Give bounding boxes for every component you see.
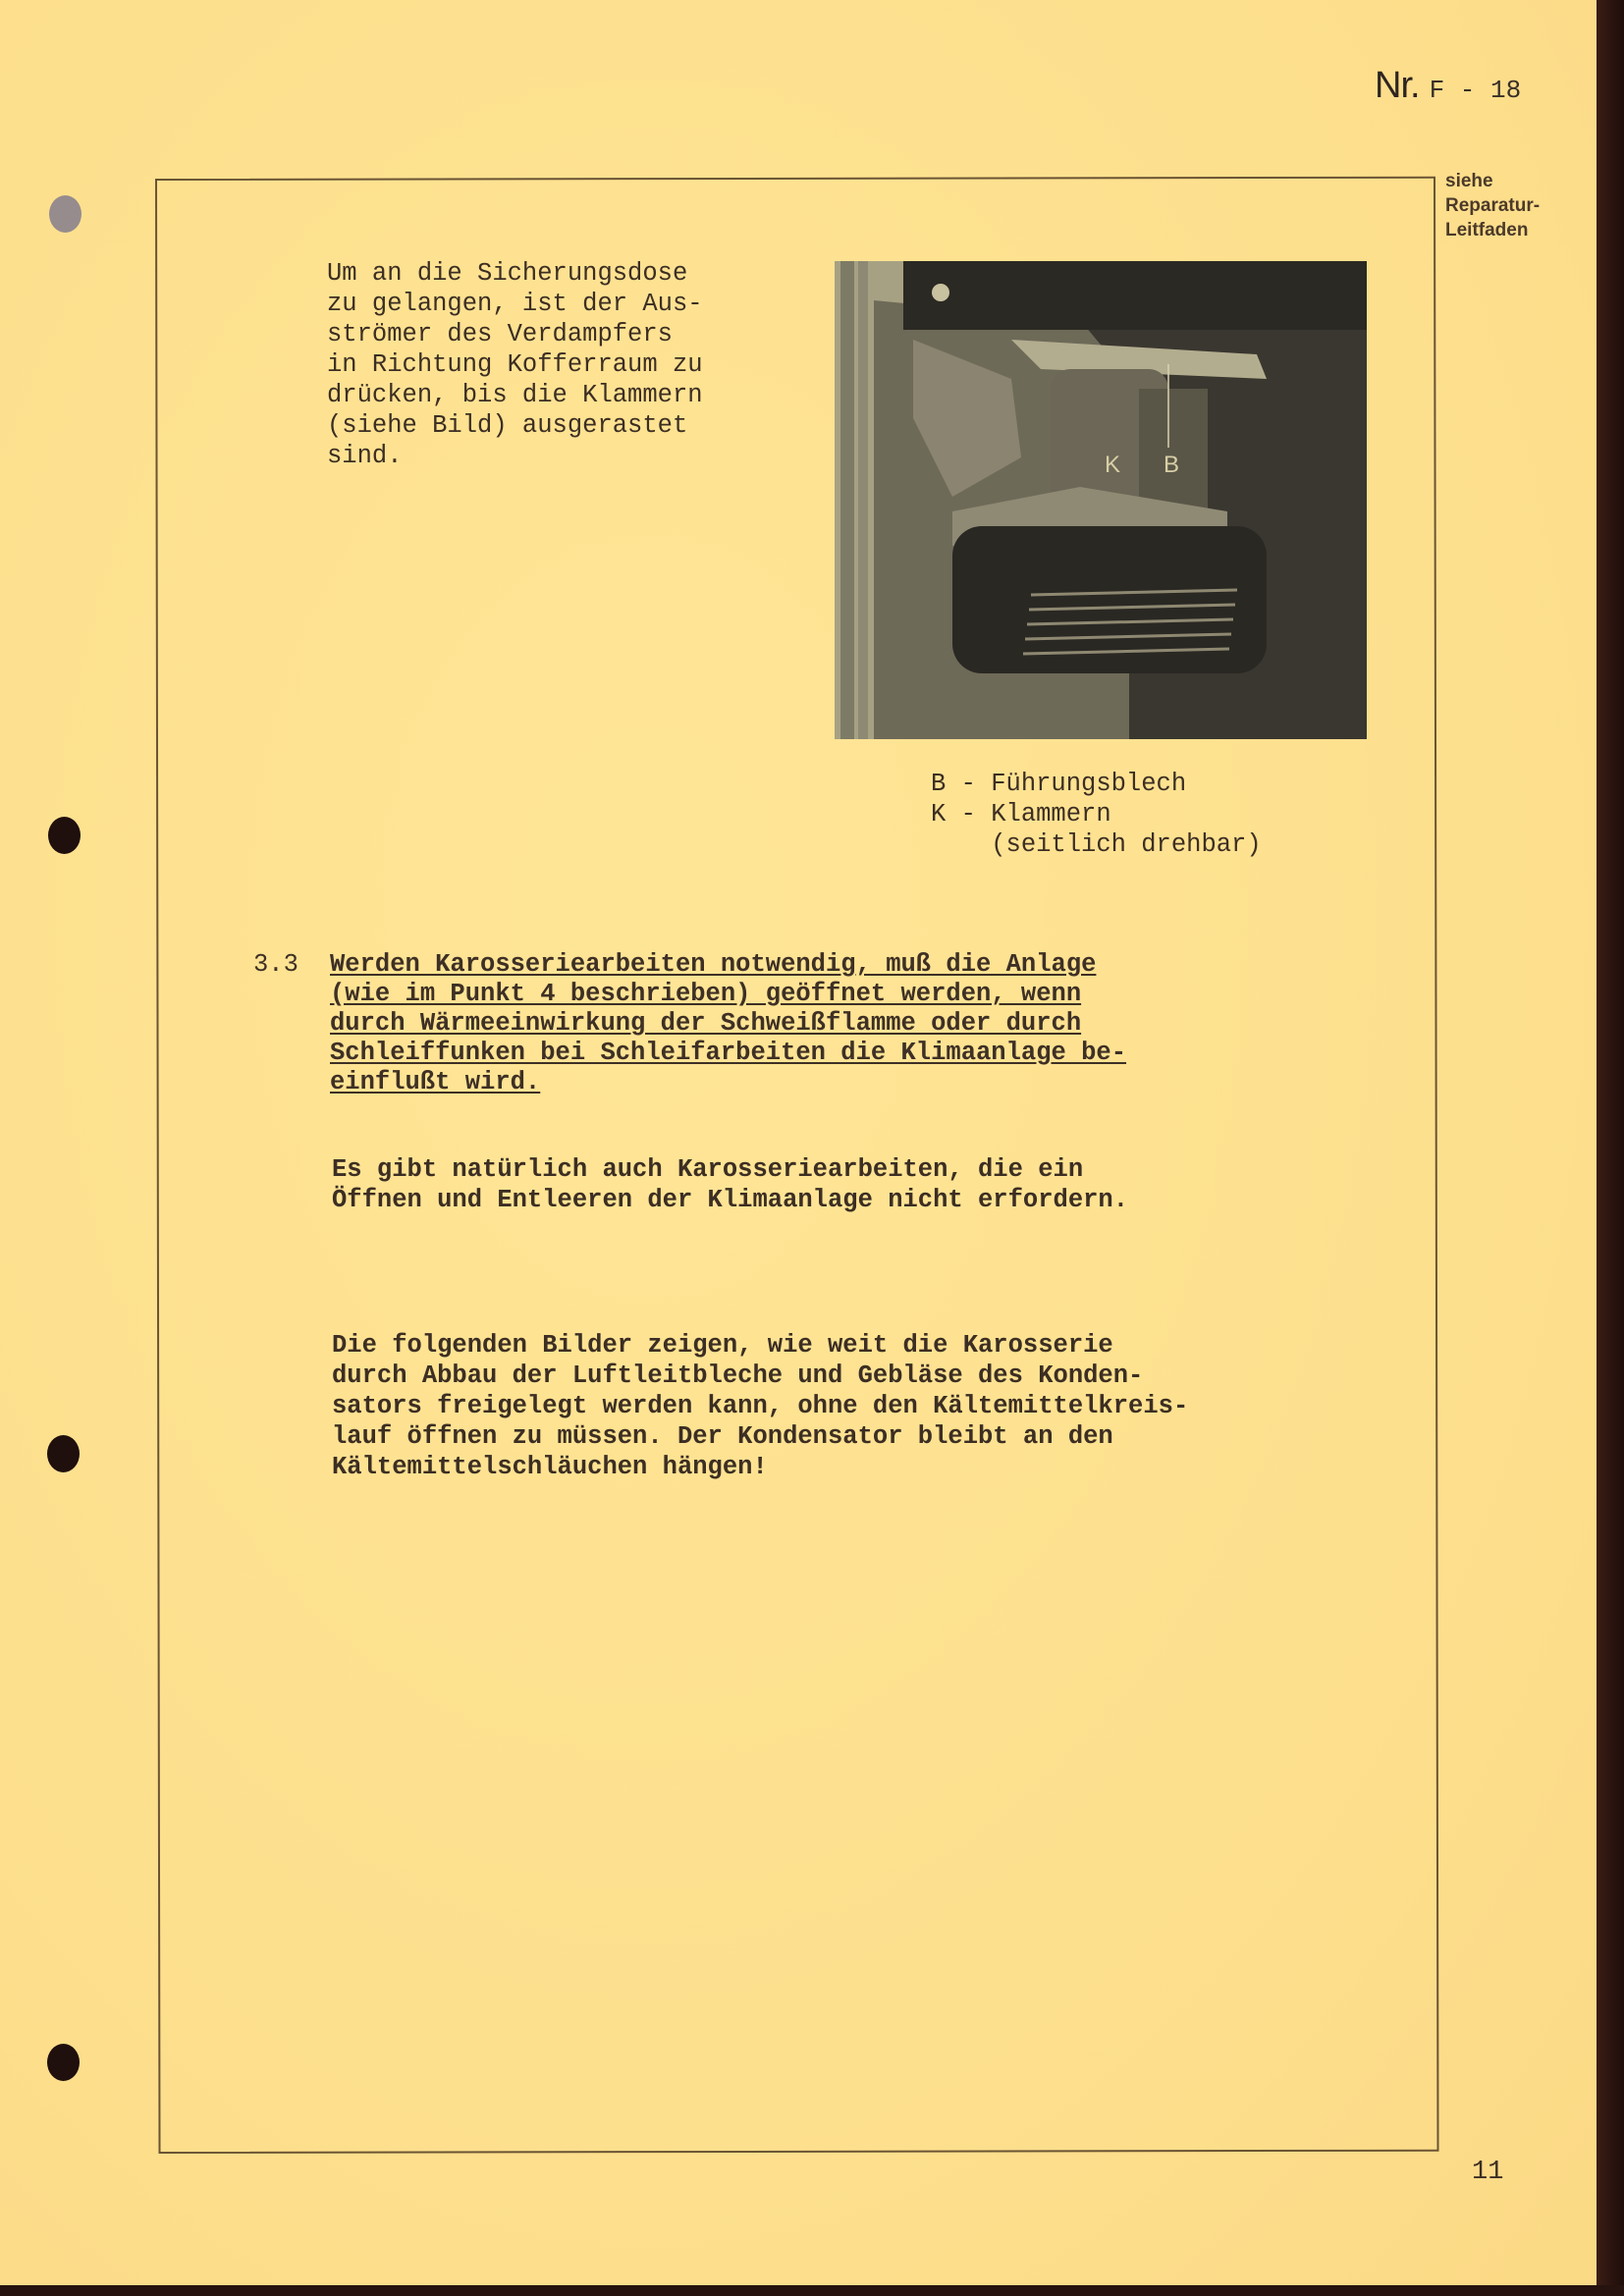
punch-hole <box>47 1435 80 1472</box>
intro-text: Um an die Sicherungsdose zu gelangen, is… <box>327 258 703 471</box>
side-note-line: siehe <box>1445 169 1583 193</box>
punch-hole <box>48 817 81 854</box>
photo-label-k: K <box>1105 452 1120 478</box>
side-note-reference: siehe Reparatur- Leitfaden <box>1445 169 1583 242</box>
section-number: 3.3 <box>253 950 298 980</box>
scan-edge-right <box>1597 0 1624 2296</box>
document-number: Nr. F - 18 <box>1375 65 1521 107</box>
punch-hole <box>49 195 81 233</box>
nr-value: F - 18 <box>1430 76 1522 105</box>
photo-legend: B - Führungsblech K - Klammern (seitlich… <box>931 769 1262 860</box>
scan-edge-bottom <box>0 2285 1624 2296</box>
evaporator-outlet-photo: K B <box>835 261 1367 739</box>
punch-hole <box>47 2044 80 2081</box>
page-number: 11 <box>1472 2158 1503 2187</box>
nr-label: Nr. <box>1375 65 1420 107</box>
paragraph-folgende-bilder: Die folgenden Bilder zeigen, wie weit di… <box>332 1330 1188 1482</box>
paragraph-karosseriearbeiten: Es gibt natürlich auch Karosseriearbeite… <box>332 1154 1128 1215</box>
photo-label-b: B <box>1164 452 1179 478</box>
section-text: Werden Karosseriearbeiten notwendig, muß… <box>330 950 1126 1097</box>
side-note-line: Leitfaden <box>1445 218 1583 242</box>
side-note-line: Reparatur- <box>1445 193 1583 218</box>
